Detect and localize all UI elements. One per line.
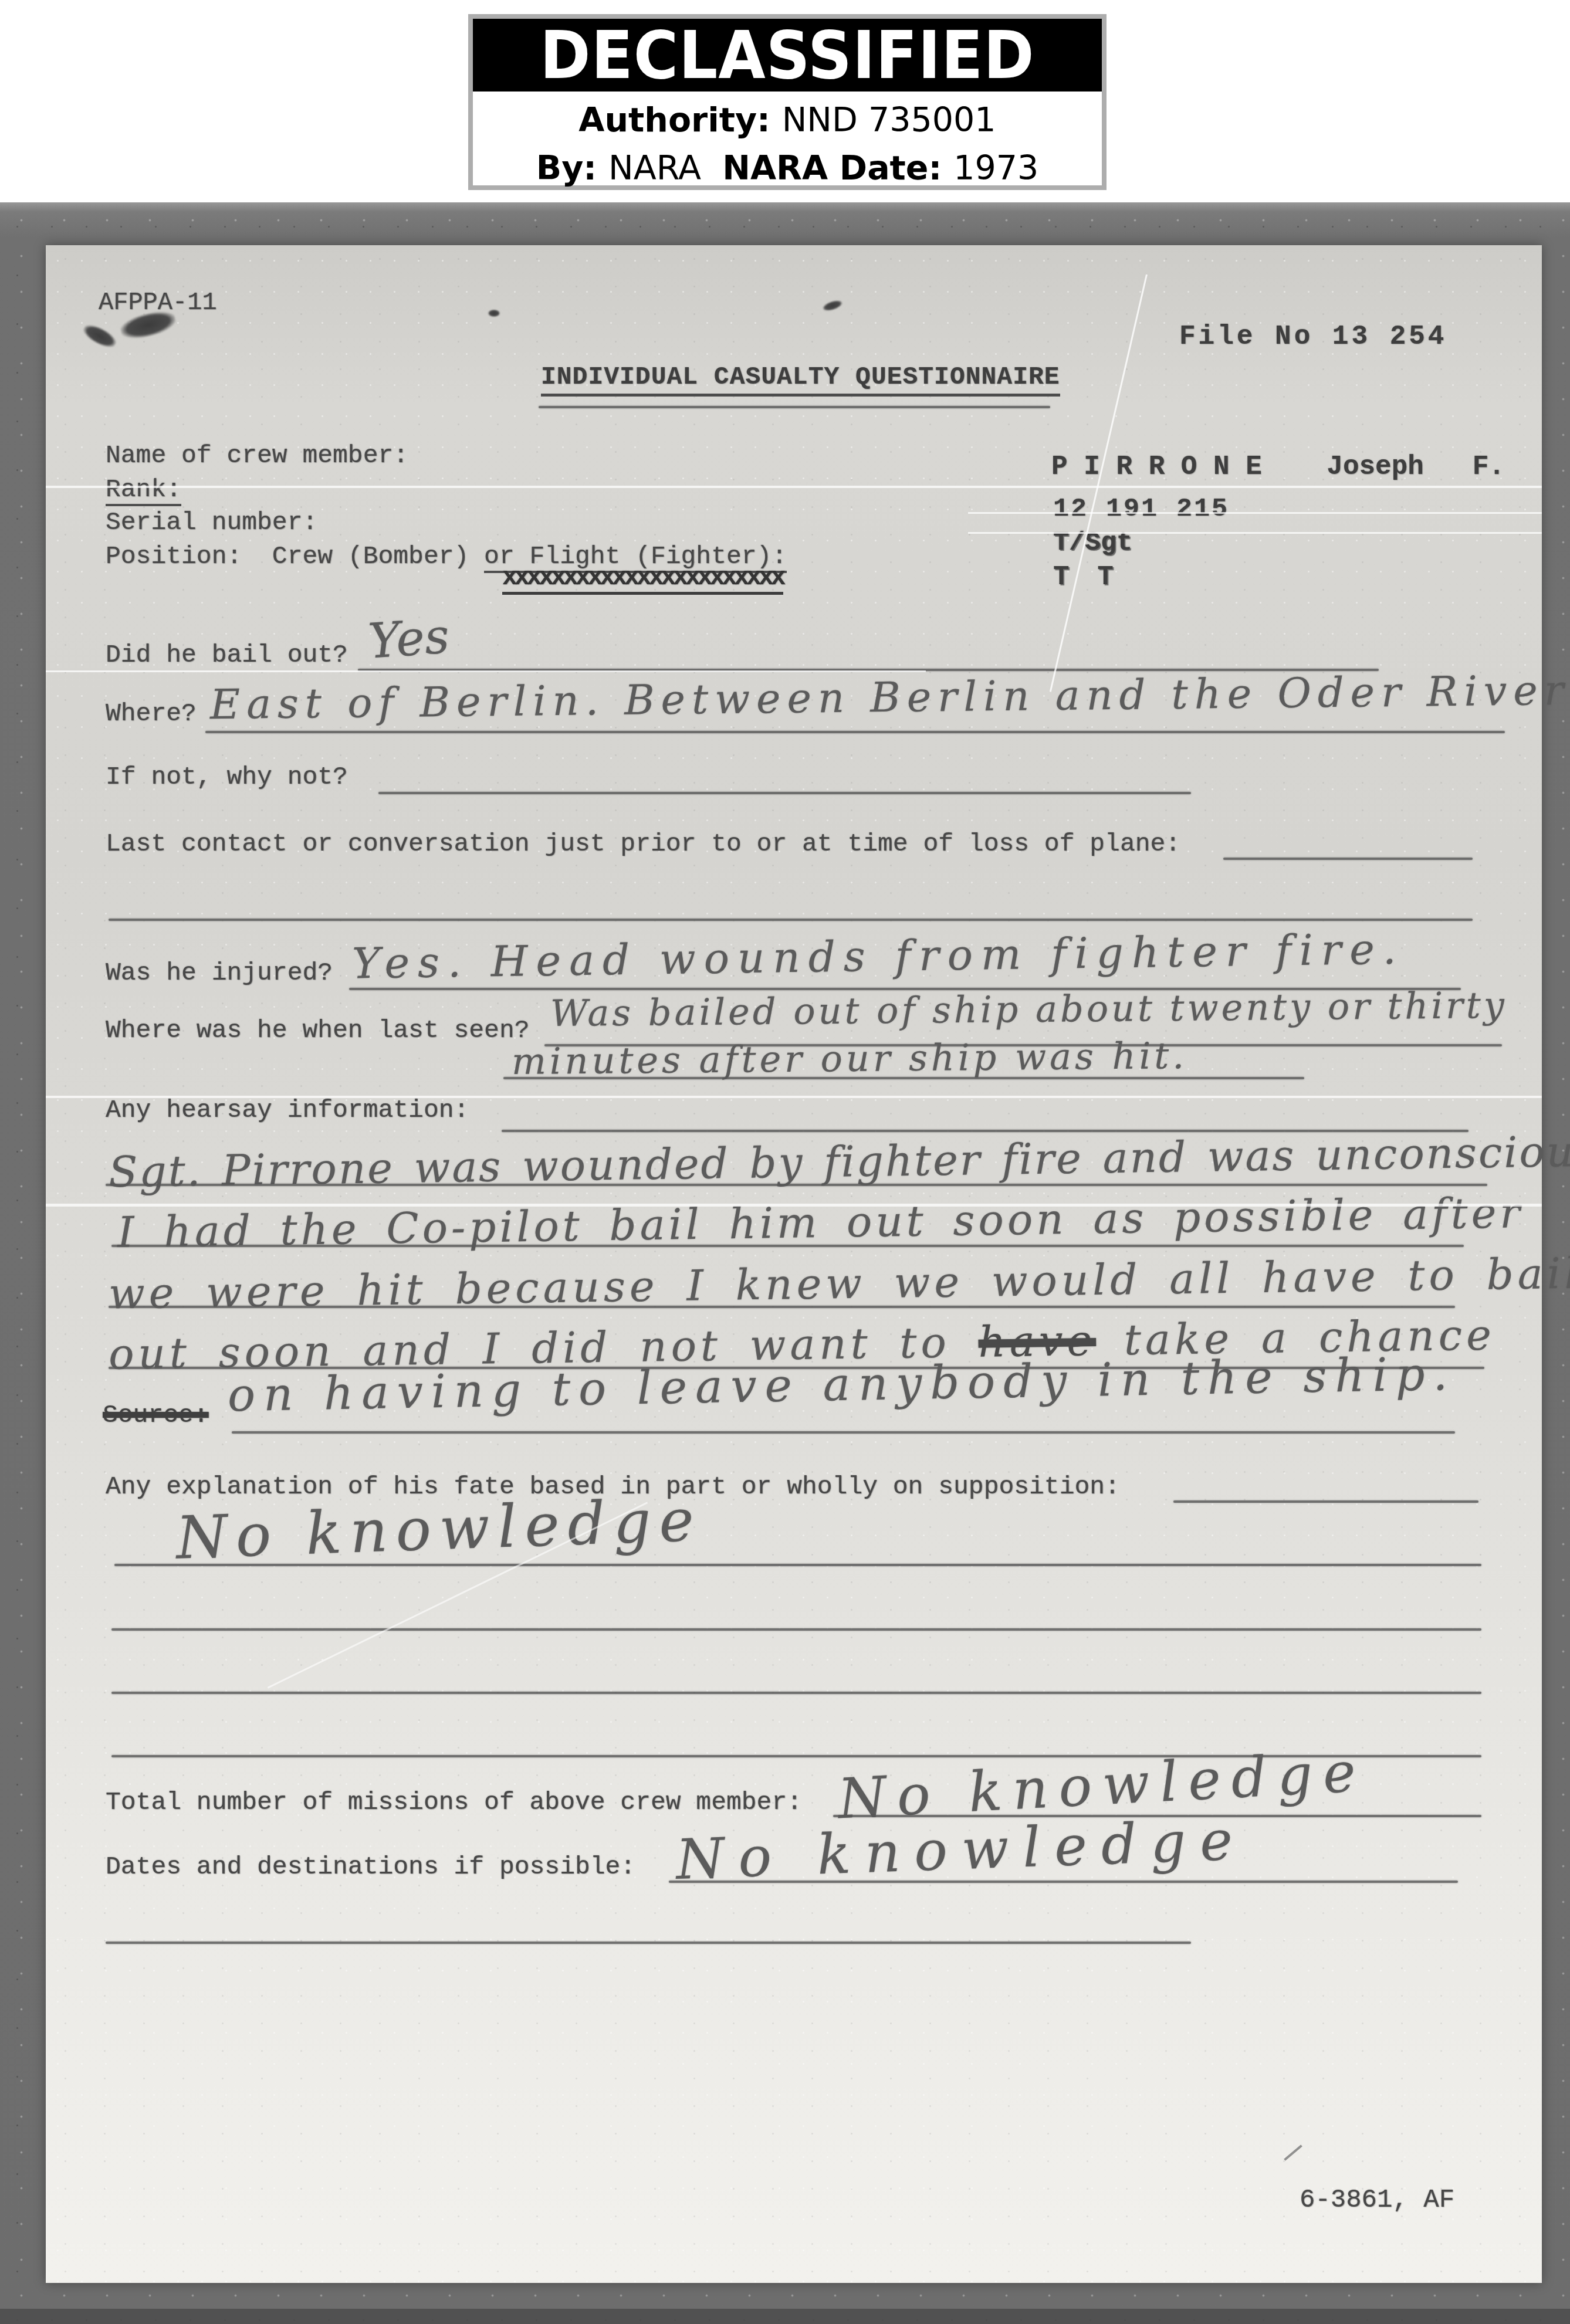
scan-bottom-edge (0, 2309, 1570, 2324)
missions-label: Total number of missions of above crew m… (106, 1788, 802, 1817)
lastseen-value-line2: minutes after our ship was hit. (512, 1034, 1188, 1083)
declassified-title: DECLASSIFIED (540, 16, 1034, 94)
position-strikeout: xxxxxxxxxxxxxxxxxxxxxxx (502, 563, 783, 595)
answer-line (232, 1431, 1455, 1434)
answer-line (114, 1564, 1481, 1566)
name-label: Name of crew member: (106, 441, 408, 470)
blank-line (111, 1692, 1481, 1694)
serial-value: 12 191 215 (1053, 494, 1229, 524)
blank-line (109, 919, 1473, 921)
file-number: File No 13 254 (1179, 321, 1447, 352)
where-label: Where? (106, 699, 197, 728)
answer-line (503, 1077, 1304, 1079)
declassified-bar: DECLASSIFIED (473, 19, 1102, 92)
answer-line (669, 1881, 1458, 1883)
answer-line (106, 1184, 1487, 1186)
bailout-label: Did he bail out? (106, 641, 348, 669)
bailout-value: Yes (367, 608, 451, 669)
blank-line (1173, 1500, 1478, 1503)
by-line: By: NARA NARA Date: 1973 (473, 149, 1102, 188)
scan-streak (968, 512, 1542, 514)
answer-line (109, 1306, 1455, 1308)
scan-streak (46, 486, 1542, 488)
nara-date-label: NARA Date: (722, 149, 953, 188)
rank-label: Rank: (106, 475, 181, 504)
source-label: Source: (103, 1401, 209, 1429)
serial-label: Serial number: (106, 508, 317, 537)
turret-value: T T (1053, 562, 1119, 592)
scan-streak (46, 1096, 1542, 1098)
lastseen-value-line1: Was bailed out of ship about twenty or t… (550, 984, 1507, 1035)
lastcontact-label: Last contact or conversation just prior … (106, 829, 1180, 858)
form-title: INDIVIDUAL CASUALTY QUESTIONNAIRE (541, 363, 1060, 397)
ink-speck (488, 310, 500, 317)
nara-date-value: 1973 (953, 149, 1038, 188)
by-label: By: (536, 149, 608, 188)
blank-line (1223, 858, 1473, 860)
answer-line (111, 1245, 1464, 1247)
scan-streak (968, 532, 1542, 534)
declassified-stamp: DECLASSIFIED Authority: NND 735001 By: N… (468, 14, 1107, 190)
scanned-document-page: DECLASSIFIED Authority: NND 735001 By: N… (0, 0, 1570, 2324)
by-value: NARA (608, 149, 722, 188)
authority-value: NND 735001 (782, 101, 996, 140)
blank-line (378, 792, 1191, 794)
scan-streak (46, 670, 926, 672)
injured-label: Was he injured? (106, 958, 333, 987)
form-stamp-number: 6-3861, AF (1300, 2186, 1454, 2215)
ifnot-label: If not, why not? (106, 763, 348, 791)
blank-line (111, 1628, 1481, 1631)
authority-line: Authority: NND 735001 (473, 101, 1102, 140)
scan-streak (46, 1204, 1542, 1207)
answer-line (205, 731, 1505, 733)
blank-line (106, 1942, 1191, 1944)
hearsay-label: Any hearsay information: (106, 1096, 469, 1124)
authority-label: Authority: (578, 101, 781, 140)
name-value: P I R R O N E Joseph F. (1051, 452, 1505, 482)
title-underline (539, 406, 1050, 408)
lastseen-label: Where was he when last seen? (106, 1016, 530, 1045)
dates-label: Dates and destinations if possible: (106, 1852, 635, 1881)
